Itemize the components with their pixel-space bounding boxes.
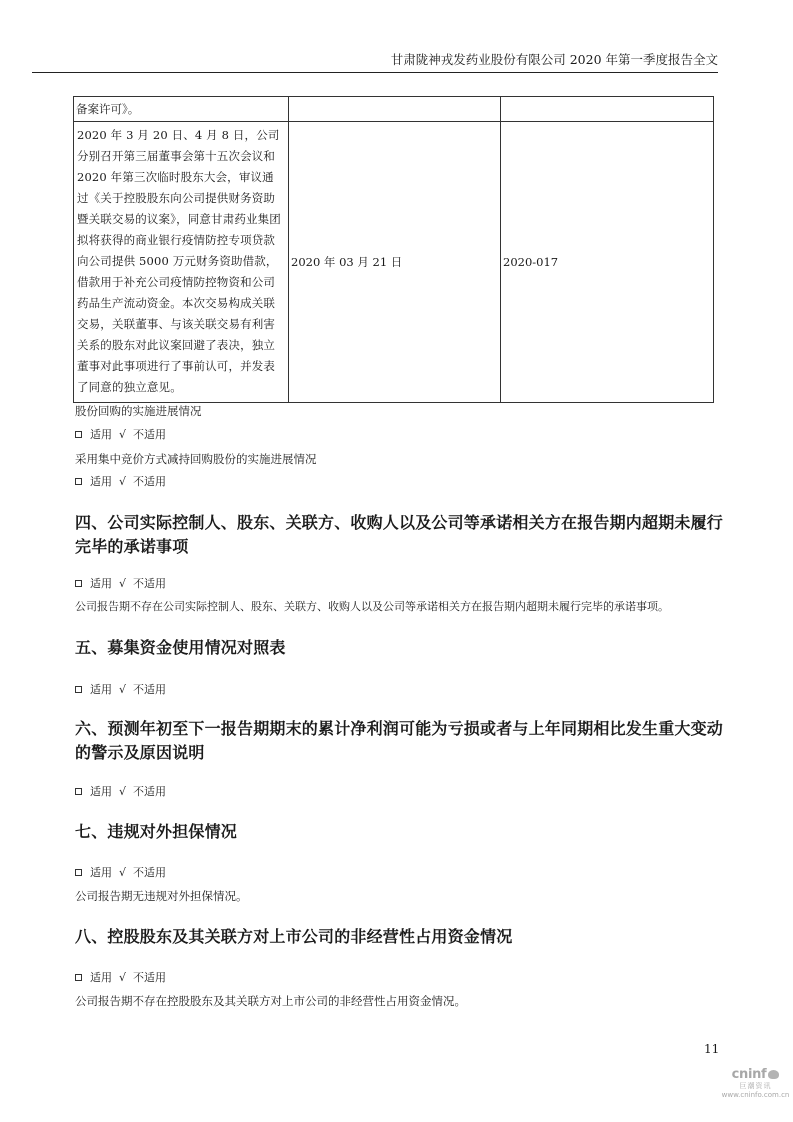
applicability-option: 适用√不适用 [75,682,166,698]
page-header: 甘肃陇神戎发药业股份有限公司 2020 年第一季度报告全文 [32,52,718,73]
checkbox-unchecked-icon [75,478,82,485]
applicable-label: 适用 [90,683,112,696]
section-4-note: 公司报告期不存在公司实际控制人、股东、关联方、收购人以及公司等承诺相关方在报告期… [75,599,669,615]
check-mark-icon: √ [119,577,126,590]
applicable-label: 适用 [90,971,112,984]
applicable-label: 适用 [90,866,112,879]
applicability-option: 适用√不适用 [75,970,166,986]
section-heading-6: 六、预测年初至下一报告期期末的累计净利润可能为亏损或者与上年同期相比发生重大变动… [75,717,725,765]
applicability-option: 适用√不适用 [75,865,166,881]
not-applicable-label: 不适用 [133,971,166,984]
not-applicable-label: 不适用 [133,428,166,441]
check-mark-icon: √ [119,475,126,488]
check-mark-icon: √ [119,866,126,879]
section-7-note: 公司报告期无违规对外担保情况。 [75,888,248,904]
section-heading-7: 七、违规对外担保情况 [75,820,725,844]
checkbox-unchecked-icon [75,580,82,587]
checkbox-unchecked-icon [75,686,82,693]
related-transaction-table: 备案许可》。 2020 年 3 月 20 日、4 月 8 日，公司分别召开第三届… [73,96,714,403]
applicable-label: 适用 [90,785,112,798]
checkbox-unchecked-icon [75,869,82,876]
check-mark-icon: √ [119,785,126,798]
applicability-option: 适用√不适用 [75,576,166,592]
section-heading-8: 八、控股股东及其关联方对上市公司的非经营性占用资金情况 [75,925,725,949]
table-cell-description: 2020 年 3 月 20 日、4 月 8 日，公司分别召开第三届董事会第十五次… [74,122,289,403]
buyback-title: 股份回购的实施进展情况 [75,403,202,419]
check-mark-icon: √ [119,428,126,441]
table-cell-date: 2020 年 03 月 21 日 [289,122,501,403]
checkbox-unchecked-icon [75,431,82,438]
applicable-label: 适用 [90,577,112,590]
table-cell-announcement-no: 2020-017 [501,122,714,403]
logo-url: www.cninfo.com.cn [718,1091,793,1100]
buyback-reduce-title: 采用集中竞价方式减持回购股份的实施进展情况 [75,451,317,467]
table-cell-date [289,97,501,122]
not-applicable-label: 不适用 [133,866,166,879]
applicability-option: 适用√不适用 [75,784,166,800]
section-heading-4: 四、公司实际控制人、股东、关联方、收购人以及公司等承诺相关方在报告期内超期未履行… [75,511,725,559]
check-mark-icon: √ [119,971,126,984]
applicability-option: 适用√不适用 [75,474,166,490]
not-applicable-label: 不适用 [133,475,166,488]
table-row: 备案许可》。 [74,97,714,122]
not-applicable-label: 不适用 [133,577,166,590]
page-number: 11 [704,1042,719,1056]
applicability-option: 适用√不适用 [75,427,166,443]
cninfo-logo: cninf 巨潮资讯 www.cninfo.com.cn [718,1068,793,1100]
logo-brand: cninf [732,1067,767,1082]
table-cell-description: 备案许可》。 [74,97,289,122]
section-heading-5: 五、募集资金使用情况对照表 [75,636,725,660]
checkbox-unchecked-icon [75,788,82,795]
checkbox-unchecked-icon [75,974,82,981]
table-cell-announcement-no [501,97,714,122]
applicable-label: 适用 [90,475,112,488]
not-applicable-label: 不适用 [133,785,166,798]
applicable-label: 适用 [90,428,112,441]
cninfo-mark-icon [768,1070,779,1079]
not-applicable-label: 不适用 [133,683,166,696]
check-mark-icon: √ [119,683,126,696]
logo-cn: 巨潮资讯 [718,1082,793,1091]
table-row: 2020 年 3 月 20 日、4 月 8 日，公司分别召开第三届董事会第十五次… [74,122,714,403]
section-8-note: 公司报告期不存在控股股东及其关联方对上市公司的非经营性占用资金情况。 [75,993,466,1009]
